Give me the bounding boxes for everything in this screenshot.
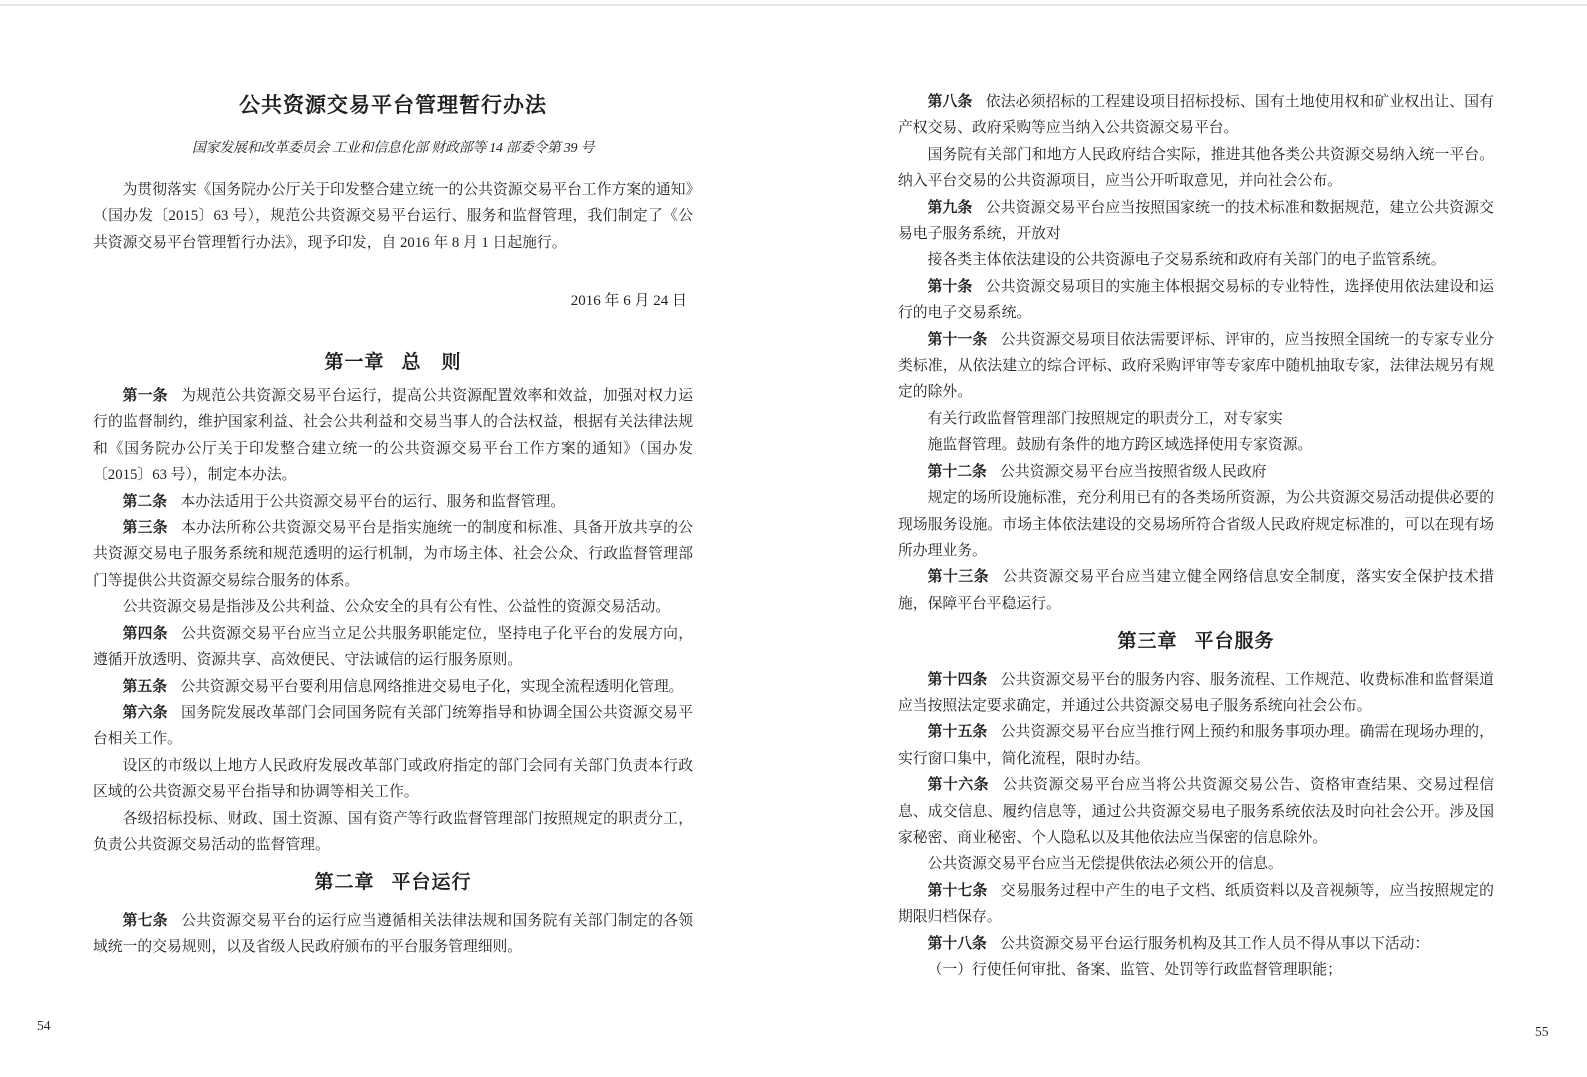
paragraph-text: 国务院有关部门和地方人民政府结合实际，推进其他各类公共资源交易纳入统一平台。纳入… [898,147,1494,189]
paragraph-text: 交易服务过程中产生的电子文档、纸质资料以及音视频等，应当按照规定的期限归档保存。 [898,883,1494,925]
article-label: 第十二条 [928,464,987,480]
body-paragraph: 有关行政监督管理部门按照规定的职责分工，对专家实 [898,406,1494,432]
paragraph-text: 公共资源交易是指涉及公共利益、公众安全的具有公有性、公益性的资源交易活动。 [123,599,671,615]
article-label: 第二条 [123,494,167,510]
article-paragraph: 第三条本办法所称公共资源交易平台是指实施统一的制度和标准、具备开放共享的公共资源… [93,515,693,594]
paragraph-text: 公共资源交易平台的服务内容、服务流程、工作规范、收费标准和监督渠道应当按照法定要… [898,672,1494,714]
document-issuer-line: 国家发展和改革委员会 工业和信息化部 财政部等 14 部委令第 39 号 [93,139,693,159]
article-paragraph: 第二条本办法适用于公共资源交易平台的运行、服务和监督管理。 [93,489,693,515]
article-paragraph: 第十八条公共资源交易平台运行服务机构及其工作人员不得从事以下活动： [898,931,1494,957]
article-paragraph: 第十三条公共资源交易平台应当建立健全网络信息安全制度，落实安全保护技术措施，保障… [898,564,1494,617]
body-paragraph: 规定的场所设施标准，充分利用已有的各类场所资源，为公共资源交易活动提供必要的现场… [898,485,1494,564]
article-paragraph: 第九条公共资源交易平台应当按照国家统一的技术标准和数据规范，建立公共资源交易电子… [898,195,1494,248]
article-label: 第十五条 [928,724,988,740]
body-paragraph: 为贯彻落实《国务院办公厅关于印发整合建立统一的公共资源交易平台工作方案的通知》（… [93,177,693,256]
paragraph-text: 规定的场所设施标准，充分利用已有的各类场所资源，为公共资源交易活动提供必要的现场… [898,490,1494,559]
issue-date: 2016 年 6 月 24 日 [93,288,693,314]
body-paragraph: 公共资源交易平台应当无偿提供依法必须公开的信息。 [898,851,1494,877]
page-number-right: 55 [1535,1024,1549,1040]
body-paragraph: 设区的市级以上地方人民政府发展改革部门或政府指定的部门会同有关部门负责本行政区域… [93,753,693,806]
page-54: 公共资源交易平台管理暂行办法国家发展和改革委员会 工业和信息化部 财政部等 14… [93,0,693,961]
paragraph-text: 公共资源交易平台运行服务机构及其工作人员不得从事以下活动： [1000,936,1429,952]
article-label: 第十一条 [928,332,988,348]
body-paragraph: （一）行使任何审批、备案、监管、处罚等行政监督管理职能； [898,957,1494,983]
body-paragraph: 各级招标投标、财政、国土资源、国有资产等行政监督管理部门按照规定的职责分工，负责… [93,806,693,859]
chapter-title: 总 则 [402,352,462,373]
chapter-heading: 第三章平台服务 [898,629,1494,655]
article-paragraph: 第八条依法必须招标的工程建设项目招标投标、国有土地使用权和矿业权出让、国有产权交… [898,89,1494,142]
article-label: 第十条 [928,279,973,295]
document-title: 公共资源交易平台管理暂行办法 [93,0,693,118]
body-paragraph: 公共资源交易是指涉及公共利益、公众安全的具有公有性、公益性的资源交易活动。 [93,594,693,620]
article-paragraph: 第十五条公共资源交易平台应当推行网上预约和服务事项办理。确需在现场办理的，实行窗… [898,719,1494,772]
article-label: 第十七条 [928,883,988,899]
paragraph-text: 公共资源交易项目依法需要评标、评审的，应当按照全国统一的专家专业分类标准，从依法… [898,332,1494,401]
chapter-number: 第三章 [1117,631,1177,652]
paragraph-text: 为规范公共资源交易平台运行，提高公共资源配置效率和效益，加强对权力运行的监督制约… [93,388,693,483]
chapter-number: 第一章 [324,352,384,373]
article-label: 第八条 [928,94,973,110]
article-paragraph: 第六条国务院发展改革部门会同国务院有关部门统筹指导和协调全国公共资源交易平台相关… [93,700,693,753]
chapter-title: 平台运行 [392,872,472,893]
article-label: 第六条 [123,705,168,721]
body-paragraph: 施监督管理。鼓励有条件的地方跨区域选择使用专家资源。 [898,432,1494,458]
paragraph-text: 施监督管理。鼓励有条件的地方跨区域选择使用专家资源。 [928,437,1313,453]
article-label: 第九条 [928,200,973,216]
article-label: 第三条 [123,520,168,536]
paragraph-text: 为贯彻落实《国务院办公厅关于印发整合建立统一的公共资源交易平台工作方案的通知》（… [93,182,693,251]
paragraph-text: 公共资源交易平台应当立足公共服务职能定位，坚持电子化平台的发展方向，遵循开放透明… [93,626,693,668]
article-label: 第一条 [123,388,168,404]
page-number-left: 54 [37,1018,51,1034]
paragraph-text: 公共资源交易平台要利用信息网络推进交易电子化，实现全流程透明化管理。 [180,679,683,695]
article-label: 第七条 [123,913,168,929]
body-paragraph: 接各类主体依法建设的公共资源电子交易系统和政府有关部门的电子监管系统。 [898,247,1494,273]
article-paragraph: 第十一条公共资源交易项目依法需要评标、评审的，应当按照全国统一的专家专业分类标准… [898,327,1494,406]
article-paragraph: 第十二条公共资源交易平台应当按照省级人民政府 [898,459,1494,485]
paragraph-text: 依法必须招标的工程建设项目招标投标、国有土地使用权和矿业权出让、国有产权交易、政… [898,94,1494,136]
article-paragraph: 第十六条公共资源交易平台应当将公共资源交易公告、资格审查结果、交易过程信息、成交… [898,772,1494,851]
article-label: 第十四条 [928,672,988,688]
chapter-heading: 第一章总 则 [93,350,693,376]
paragraph-text: 接各类主体依法建设的公共资源电子交易系统和政府有关部门的电子监管系统。 [928,252,1446,268]
article-label: 第四条 [123,626,168,642]
paragraph-text: 公共资源交易项目的实施主体根据交易标的专业特性，选择使用依法建设和运行的电子交易… [898,279,1494,321]
chapter-number: 第二章 [314,872,374,893]
article-label: 第十三条 [928,569,990,585]
paragraph-text: 国务院发展改革部门会同国务院有关部门统筹指导和协调全国公共资源交易平台相关工作。 [93,705,693,747]
paragraph-text: 有关行政监督管理部门按照规定的职责分工，对专家实 [928,411,1283,427]
chapter-heading: 第二章平台运行 [93,870,693,896]
book-spread: 公共资源交易平台管理暂行办法国家发展和改革委员会 工业和信息化部 财政部等 14… [0,0,1587,1077]
paragraph-text: 公共资源交易平台应当推行网上预约和服务事项办理。确需在现场办理的，实行窗口集中，… [898,724,1494,766]
article-paragraph: 第十四条公共资源交易平台的服务内容、服务流程、工作规范、收费标准和监督渠道应当按… [898,667,1494,720]
article-paragraph: 第十条公共资源交易项目的实施主体根据交易标的专业特性，选择使用依法建设和运行的电… [898,274,1494,327]
chapter-title: 平台服务 [1195,631,1275,652]
paragraph-text: （一）行使任何审批、备案、监管、处罚等行政监督管理职能； [928,962,1342,978]
paragraph-text: 公共资源交易平台的运行应当遵循相关法律法规和国务院有关部门制定的各领域统一的交易… [93,913,693,955]
paragraph-text: 公共资源交易平台应当无偿提供依法必须公开的信息。 [928,856,1283,872]
article-paragraph: 第四条公共资源交易平台应当立足公共服务职能定位，坚持电子化平台的发展方向，遵循开… [93,621,693,674]
paragraph-text: 本办法适用于公共资源交易平台的运行、服务和监督管理。 [180,494,565,510]
paragraph-text: 公共资源交易平台应当按照国家统一的技术标准和数据规范，建立公共资源交易电子服务系… [898,200,1494,242]
article-paragraph: 第十七条交易服务过程中产生的电子文档、纸质资料以及音视频等，应当按照规定的期限归… [898,878,1494,931]
paragraph-text: 公共资源交易平台应当按照省级人民政府 [1000,464,1266,480]
page-55: 第八条依法必须招标的工程建设项目招标投标、国有土地使用权和矿业权出让、国有产权交… [898,0,1494,983]
paragraph-text: 本办法所称公共资源交易平台是指实施统一的制度和标准、具备开放共享的公共资源交易电… [93,520,693,589]
body-paragraph: 国务院有关部门和地方人民政府结合实际，推进其他各类公共资源交易纳入统一平台。纳入… [898,142,1494,195]
article-label: 第十六条 [928,777,990,793]
article-paragraph: 第七条公共资源交易平台的运行应当遵循相关法律法规和国务院有关部门制定的各领域统一… [93,908,693,961]
paragraph-text: 设区的市级以上地方人民政府发展改革部门或政府指定的部门会同有关部门负责本行政区域… [93,758,693,800]
article-paragraph: 第一条为规范公共资源交易平台运行，提高公共资源配置效率和效益，加强对权力运行的监… [93,383,693,489]
article-paragraph: 第五条公共资源交易平台要利用信息网络推进交易电子化，实现全流程透明化管理。 [93,674,693,700]
article-label: 第五条 [123,679,167,695]
article-label: 第十八条 [928,936,987,952]
paragraph-text: 各级招标投标、财政、国土资源、国有资产等行政监督管理部门按照规定的职责分工，负责… [93,811,693,853]
